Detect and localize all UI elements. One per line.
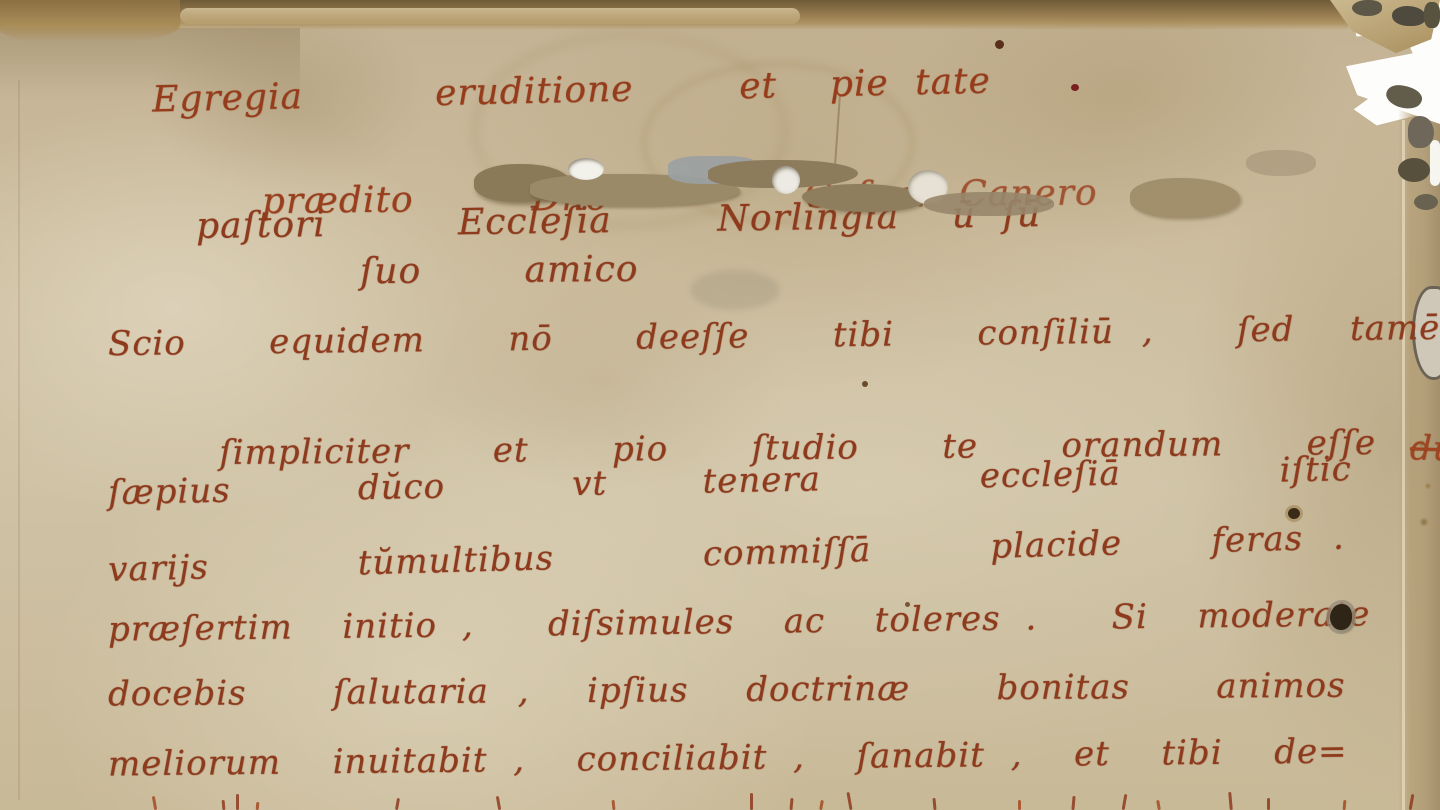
partial-line-strokes — [0, 0, 1440, 810]
manuscript-scan: Egregia eruditione et pie tate præditoDn… — [0, 0, 1440, 810]
